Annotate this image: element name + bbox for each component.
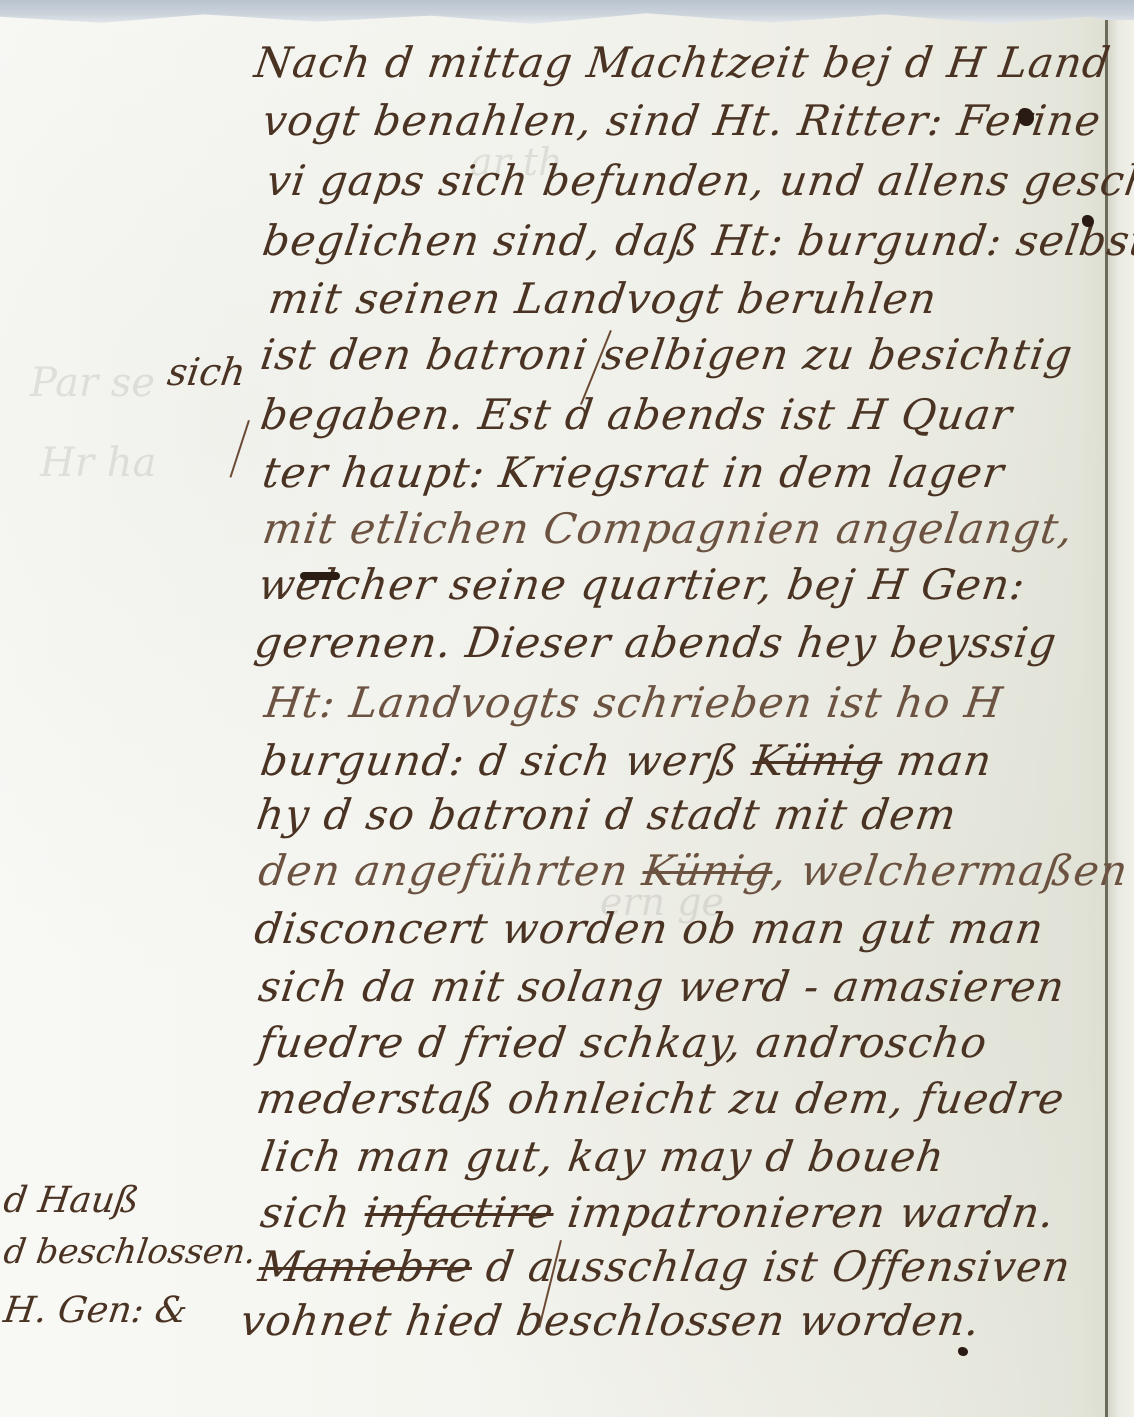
margin-note-lower: d Hauß bbox=[1, 1180, 141, 1221]
struck-word: infactire bbox=[361, 1188, 557, 1237]
descender-stroke bbox=[229, 420, 249, 478]
underline-mark bbox=[300, 572, 340, 580]
text-line: Ht: Landvogts schrieben ist ho H bbox=[262, 678, 1007, 727]
struck-word: Künig bbox=[639, 846, 776, 895]
margin-note-upper: sich bbox=[165, 350, 249, 394]
text-line: disconcert worden ob man gut man bbox=[252, 904, 1048, 953]
text-line: sich da mit solang werd - amasieren bbox=[256, 962, 1069, 1011]
text-line: mederstaß ohnleicht zu dem, fuedre bbox=[254, 1074, 1068, 1123]
text-line: ter haupt: Kriegsrat in dem lager bbox=[260, 448, 1008, 497]
text-line: den angeführten Künig, welchermaßen bbox=[256, 846, 1132, 895]
text-line: welcher seine quartier, bej H Gen: bbox=[256, 560, 1029, 609]
text-line: hy d so batroni d stadt mit dem bbox=[254, 790, 960, 839]
text-line: beglichen sind, daß Ht: burgund: selbst bbox=[260, 216, 1134, 265]
text-line: gerenen. Dieser abends hey beyssig bbox=[252, 618, 1061, 667]
text-line: vi gaps sich befunden, und allens geschr… bbox=[264, 156, 1134, 205]
text-line: begaben. Est d abends ist H Quar bbox=[258, 390, 1016, 439]
ink-blot bbox=[958, 1347, 968, 1356]
text-line: lich man gut, kay may d boueh bbox=[258, 1132, 948, 1181]
binding-strip bbox=[0, 0, 1134, 24]
ink-blot bbox=[1082, 215, 1094, 227]
struck-word: Künig bbox=[749, 736, 886, 785]
struck-word: Maniebre bbox=[256, 1242, 476, 1291]
bleed-through-text: Par se bbox=[30, 360, 155, 406]
text-line: fuedre d fried schkay, androscho bbox=[256, 1018, 991, 1067]
ink-blot bbox=[1018, 108, 1034, 126]
text-line: Nach d mittag Machtzeit bej d H Land bbox=[252, 38, 1114, 87]
text-line: ist den batroni selbigen zu besichtig bbox=[258, 330, 1077, 379]
text-line: burgund: d sich werß Künig man bbox=[258, 736, 996, 785]
margin-note-lower: d beschlossen. bbox=[1, 1232, 259, 1272]
margin-note-lower: H. Gen: & bbox=[1, 1290, 190, 1331]
text-line: mit etlichen Compagnien angelangt, bbox=[260, 504, 1077, 553]
bleed-through-text: Hr ha bbox=[40, 440, 156, 486]
manuscript-page: Par se Hr ha ar th ern ge Nach d mittag … bbox=[0, 0, 1134, 1417]
text-line: vogt benahlen, sind Ht. Ritter: Ferine bbox=[260, 96, 1105, 145]
text-line: sich infactire impatronieren wardn. bbox=[258, 1188, 1058, 1237]
text-line: vohnet hied beschlossen worden. bbox=[238, 1296, 984, 1345]
text-line: mit seinen Landvogt beruhlen bbox=[266, 274, 941, 323]
text-line: Maniebre d ausschlag ist Offensiven bbox=[256, 1242, 1074, 1291]
